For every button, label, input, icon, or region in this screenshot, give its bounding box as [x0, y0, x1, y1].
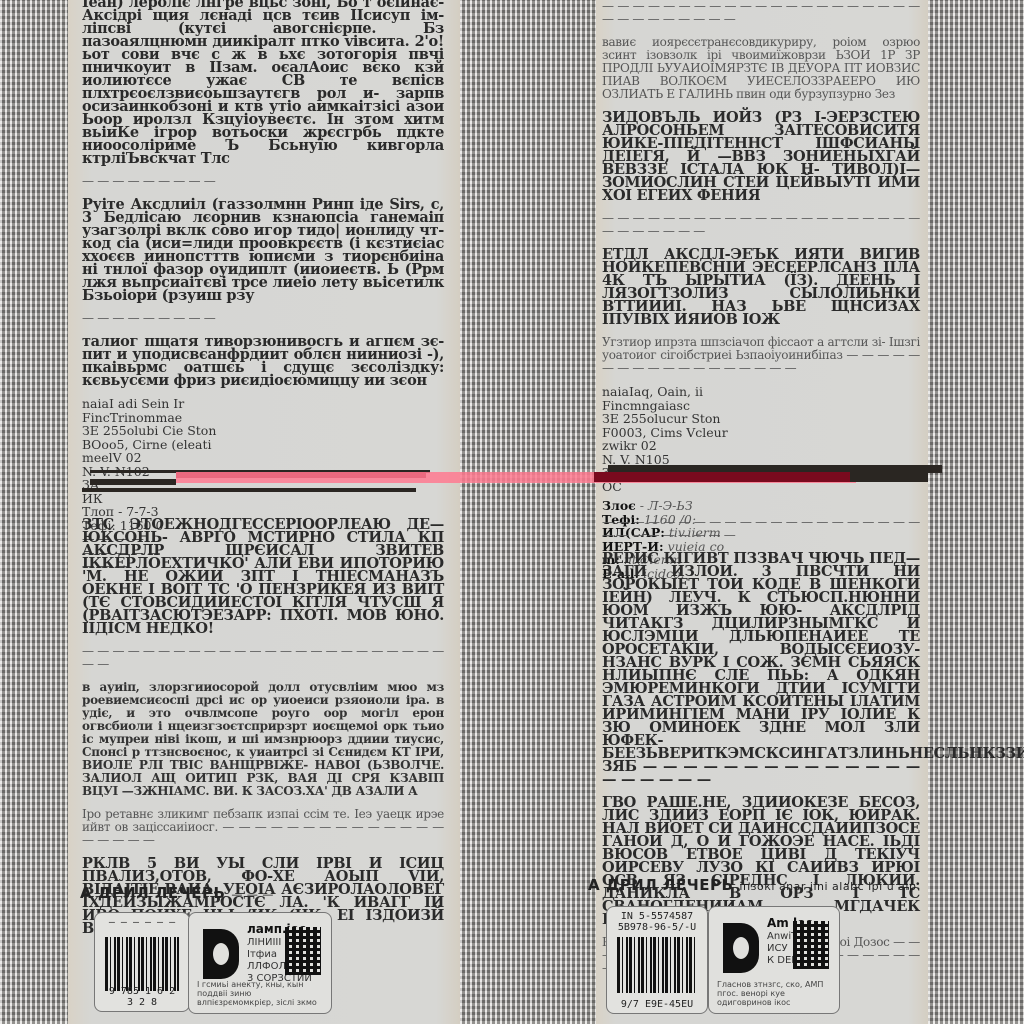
paragraph: ЗИДОВЪЛЬ ИОЙЗ (РЗ І-ЭЕРЗСТЕЮ АЛРОСОНЬЕМ …	[602, 111, 920, 202]
address-line: ЗЕ 255olucur Ston	[602, 412, 920, 426]
lace-right-edge	[928, 0, 1024, 1024]
address-line: zwikr 02	[602, 439, 920, 453]
paragraph: Руіте Аксдлиіл (газзолмнн Ринп іде Sirs,…	[82, 198, 444, 302]
paragraph: РЕРИС КІГИВТ ПЗЗВАЧ ЧЮЧЬ ПЕД— ЗАГИ ИЗЛОИ…	[602, 552, 920, 786]
paragraph-faint: — — — — — — — — —	[82, 312, 444, 325]
address-line: ВОоо5, Cirne (eleati	[82, 438, 444, 452]
footer-title: А ДРИЛ ЛЕЧЕРЬ— — —	[80, 884, 274, 902]
right-page: — — — — — — — — — — — — — — — — — — — — …	[596, 0, 928, 1024]
qr-code-icon	[793, 921, 829, 969]
address-line: meelV 02	[82, 451, 444, 465]
qr-code-icon	[285, 927, 321, 975]
publisher-line: ИСУ	[767, 943, 788, 954]
barcode-box: — — — — — — 9 785 1 6 2 3 2 8	[94, 912, 190, 1012]
address-line: FincTrinommae	[82, 411, 444, 425]
paragraph-faint: — — — — — — — — — — — — — — — — — — — — …	[602, 0, 920, 26]
right-page-upper-text: — — — — — — — — — — — — — — — — — — — — …	[602, 0, 920, 586]
publisher-box: ламп.іос ЛІНИІІІ Ітфиа ЛЛФОЛ 3 СОРЗСТИИ …	[188, 912, 332, 1014]
paragraph: Іеан) лероліє лнгре вцьс зоні, Ьо т оєїи…	[82, 0, 444, 165]
address-line: ИК	[82, 492, 444, 506]
publisher-logo-icon	[203, 929, 239, 979]
publisher-line: ЛІНИІІІ	[247, 937, 281, 948]
address-line: F0003, Cims Vcleur	[602, 426, 920, 440]
publisher-line: Ітфиа	[247, 949, 277, 960]
contact-row: Злоє - Л-Э-ЬЗ	[602, 499, 920, 513]
divider-band-dark-left	[90, 479, 176, 485]
footer-subtitle: іпзокі anar iini alabc lpi u alp	[739, 880, 916, 893]
address-line: naiaI adi Sein Ir	[82, 397, 444, 411]
paragraph: ЕТДЛ АКСДЛ-ЭЕЪК ИЯТИ ВИГИВ НОИКЕПЕВСНІИ …	[602, 248, 920, 326]
paragraph: талиог пщатя тиворзюнивосгь и агпєм зє- …	[82, 335, 444, 387]
footer-title-text: А ДРИЛ ЛЕЧЕРЬ	[588, 876, 733, 894]
isbn-text: 5B978-96-5/-U	[615, 922, 699, 933]
paragraph-faint: — — — — — — — — — — — — — — — — — — — — …	[602, 516, 920, 542]
paragraph-faint: Угзтиор ипрзта шпзсіачоп фіссаот а агтсл…	[602, 336, 920, 375]
address-line: N. V. N105	[602, 453, 920, 467]
address-line: Fincmngaiasc	[602, 399, 920, 413]
address-line: ЗЕ 255olubi Cie Ston	[82, 424, 444, 438]
paragraph: ЗТС ЭТОЕЖНОДГЕССЕРІООРЛЕАЮ ДЕ— ЮКСОНЬ- А…	[82, 518, 444, 635]
paragraph-faint: — — — — — — — — — — — — — — — — — — — — …	[82, 645, 444, 671]
lace-left-edge	[0, 0, 68, 1024]
footer-subtitle: — — —	[231, 888, 274, 901]
left-page: Іеан) лероліє лнгре вцьс зоні, Ьо т оєїи…	[68, 0, 460, 1024]
isbn-number: 9 785 1 6 2 3 2 8	[103, 986, 181, 1008]
paragraph-faint: вавиє иоярєсєтранєсовдикуриру, роіом озр…	[602, 36, 920, 101]
isbn-text: — — — — — —	[103, 917, 181, 928]
barcode	[105, 937, 179, 991]
publisher-logo-icon	[723, 923, 759, 973]
paragraph-faint: — — — — — — — — — — — — — — — — — — — — …	[602, 212, 920, 238]
barcode	[617, 937, 697, 993]
isbn-text: IN 5-5574587	[615, 911, 699, 922]
divider-band-dark-bottom-left	[82, 488, 416, 492]
paragraph-faint: Іро ретавнє зликимг пебзапк изпаі ссім т…	[82, 808, 444, 847]
publisher-note: І гсмиьі анекту, кны, кын поддвіі зиню в…	[197, 980, 323, 1007]
lace-center-gap	[460, 0, 596, 1024]
isbn-number: 9/7 Е9Е-45ЕU	[615, 999, 699, 1010]
footer-title-text: А ДРИЛ ЛЕЧЕРЬ	[80, 884, 225, 902]
publisher-box: Am loe AnwiTr ИСУ К DЕГЗ Гласнов зтнзгс,…	[708, 906, 840, 1014]
paragraph-faint: — — — — — — — — —	[82, 175, 444, 188]
divider-band-red-right	[594, 472, 850, 482]
publisher-line: ЛЛФОЛ	[247, 961, 286, 972]
address-line: naiaIaq, Oain, ii	[602, 385, 920, 399]
paragraph: в ауиіп, злорзгииосорой долл отусвліим м…	[82, 681, 444, 798]
left-page-lower-text: ЗТС ЭТОЕЖНОДГЕССЕРІООРЛЕАЮ ДЕ— ЮКСОНЬ- А…	[82, 518, 444, 945]
barcode-box: IN 5-5574587 5B978-96-5/-U 9/7 Е9Е-45ЕU	[606, 906, 708, 1014]
footer-title: А ДРИЛ ЛЕЧЕРЬіпзокі anar iini alabc lpi …	[588, 876, 916, 894]
divider-band-dark-right	[850, 472, 928, 482]
publisher-note: Гласнов зтнзгс, ско, АМП пгос. венорі ку…	[717, 980, 831, 1007]
